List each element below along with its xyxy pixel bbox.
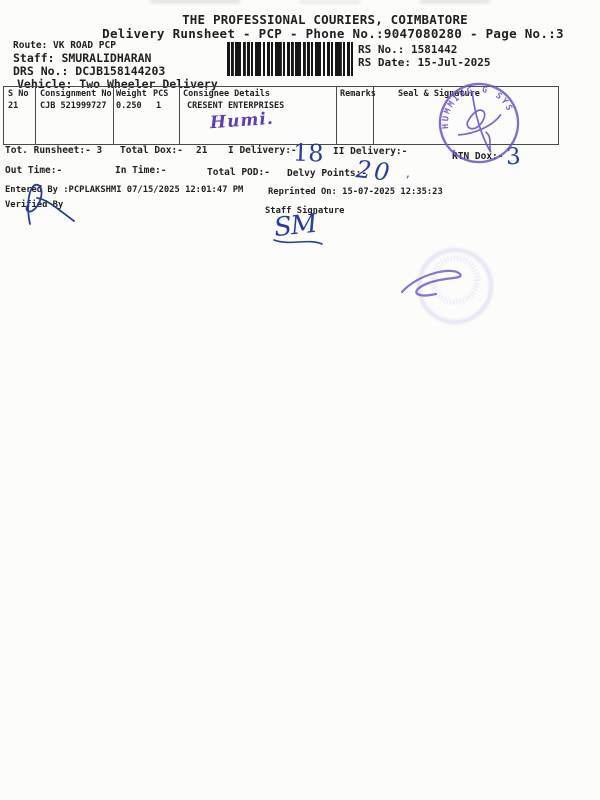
- col-header-pcs: PCS: [153, 89, 168, 99]
- scan-artifact: [420, 0, 490, 3]
- table-border: [336, 87, 337, 144]
- table-border: [3, 87, 4, 144]
- table-border: [113, 87, 114, 144]
- handwritten-i-delivery: 18: [293, 138, 325, 167]
- cell-sno: 21: [8, 101, 18, 111]
- total-dox-value: 21: [196, 145, 207, 156]
- table-border: [558, 87, 559, 144]
- scan-artifact: [300, 1, 360, 3]
- cell-consignment: CJB 521999727: [40, 101, 107, 111]
- tot-runsheet-text: Tot. Runsheet:-: [5, 145, 91, 156]
- barcode: [227, 42, 353, 76]
- handwritten-delvy-points: 20: [355, 155, 394, 187]
- out-time-label: Out Time:-: [5, 165, 62, 176]
- handwritten-mark: ,: [406, 166, 410, 180]
- tot-runsheet-value: 3: [97, 145, 103, 156]
- stamp-star-icon: ★: [450, 146, 458, 156]
- reprinted-on-line: Reprinted On: 15-07-2025 12:35:23: [268, 187, 443, 197]
- tot-runsheet-label: Tot. Runsheet:- 3: [5, 145, 102, 156]
- col-header-consignee: Consignee Details: [183, 89, 270, 99]
- staff-signature-flourish: [272, 236, 324, 248]
- cell-weight: 0.250: [116, 101, 142, 111]
- table-border: [179, 87, 180, 144]
- document-title: THE PROFESSIONAL COURIERS, COIMBATORE: [0, 12, 600, 27]
- in-time-label: In Time:-: [115, 165, 166, 176]
- col-header-remarks: Remarks: [340, 89, 376, 99]
- cell-pcs: 1: [156, 101, 161, 111]
- staff-line: Staff: SMURALIDHARAN: [13, 51, 151, 65]
- i-delivery-label: I Delivery:-: [228, 145, 297, 156]
- rs-date-line: RS Date: 15-Jul-2025: [358, 56, 490, 69]
- table-border: [35, 87, 36, 144]
- col-header-consignment: Consignment No: [40, 89, 112, 99]
- total-dox-label: Total Dox:-: [120, 145, 183, 156]
- col-header-sno: S No: [8, 89, 28, 99]
- total-pod-label: Total POD:-: [207, 167, 270, 178]
- route-line: Route: VK ROAD PCP: [13, 40, 116, 51]
- verified-by-signature: [16, 178, 78, 226]
- rs-no-line: RS No.: 1581442: [358, 43, 457, 56]
- document-subtitle: Delivery Runsheet - PCP - Phone No.:9047…: [0, 26, 600, 41]
- ii-delivery-label: II Delivery:-: [333, 146, 407, 157]
- mid-page-signature: [398, 262, 476, 300]
- drs-no-line: DRS No.: DCJB158144203: [13, 64, 165, 78]
- delivery-runsheet-document: THE PROFESSIONAL COURIERS, COIMBATORE De…: [0, 0, 600, 800]
- col-header-weight: Weight: [116, 89, 147, 99]
- scan-artifact: [150, 0, 240, 3]
